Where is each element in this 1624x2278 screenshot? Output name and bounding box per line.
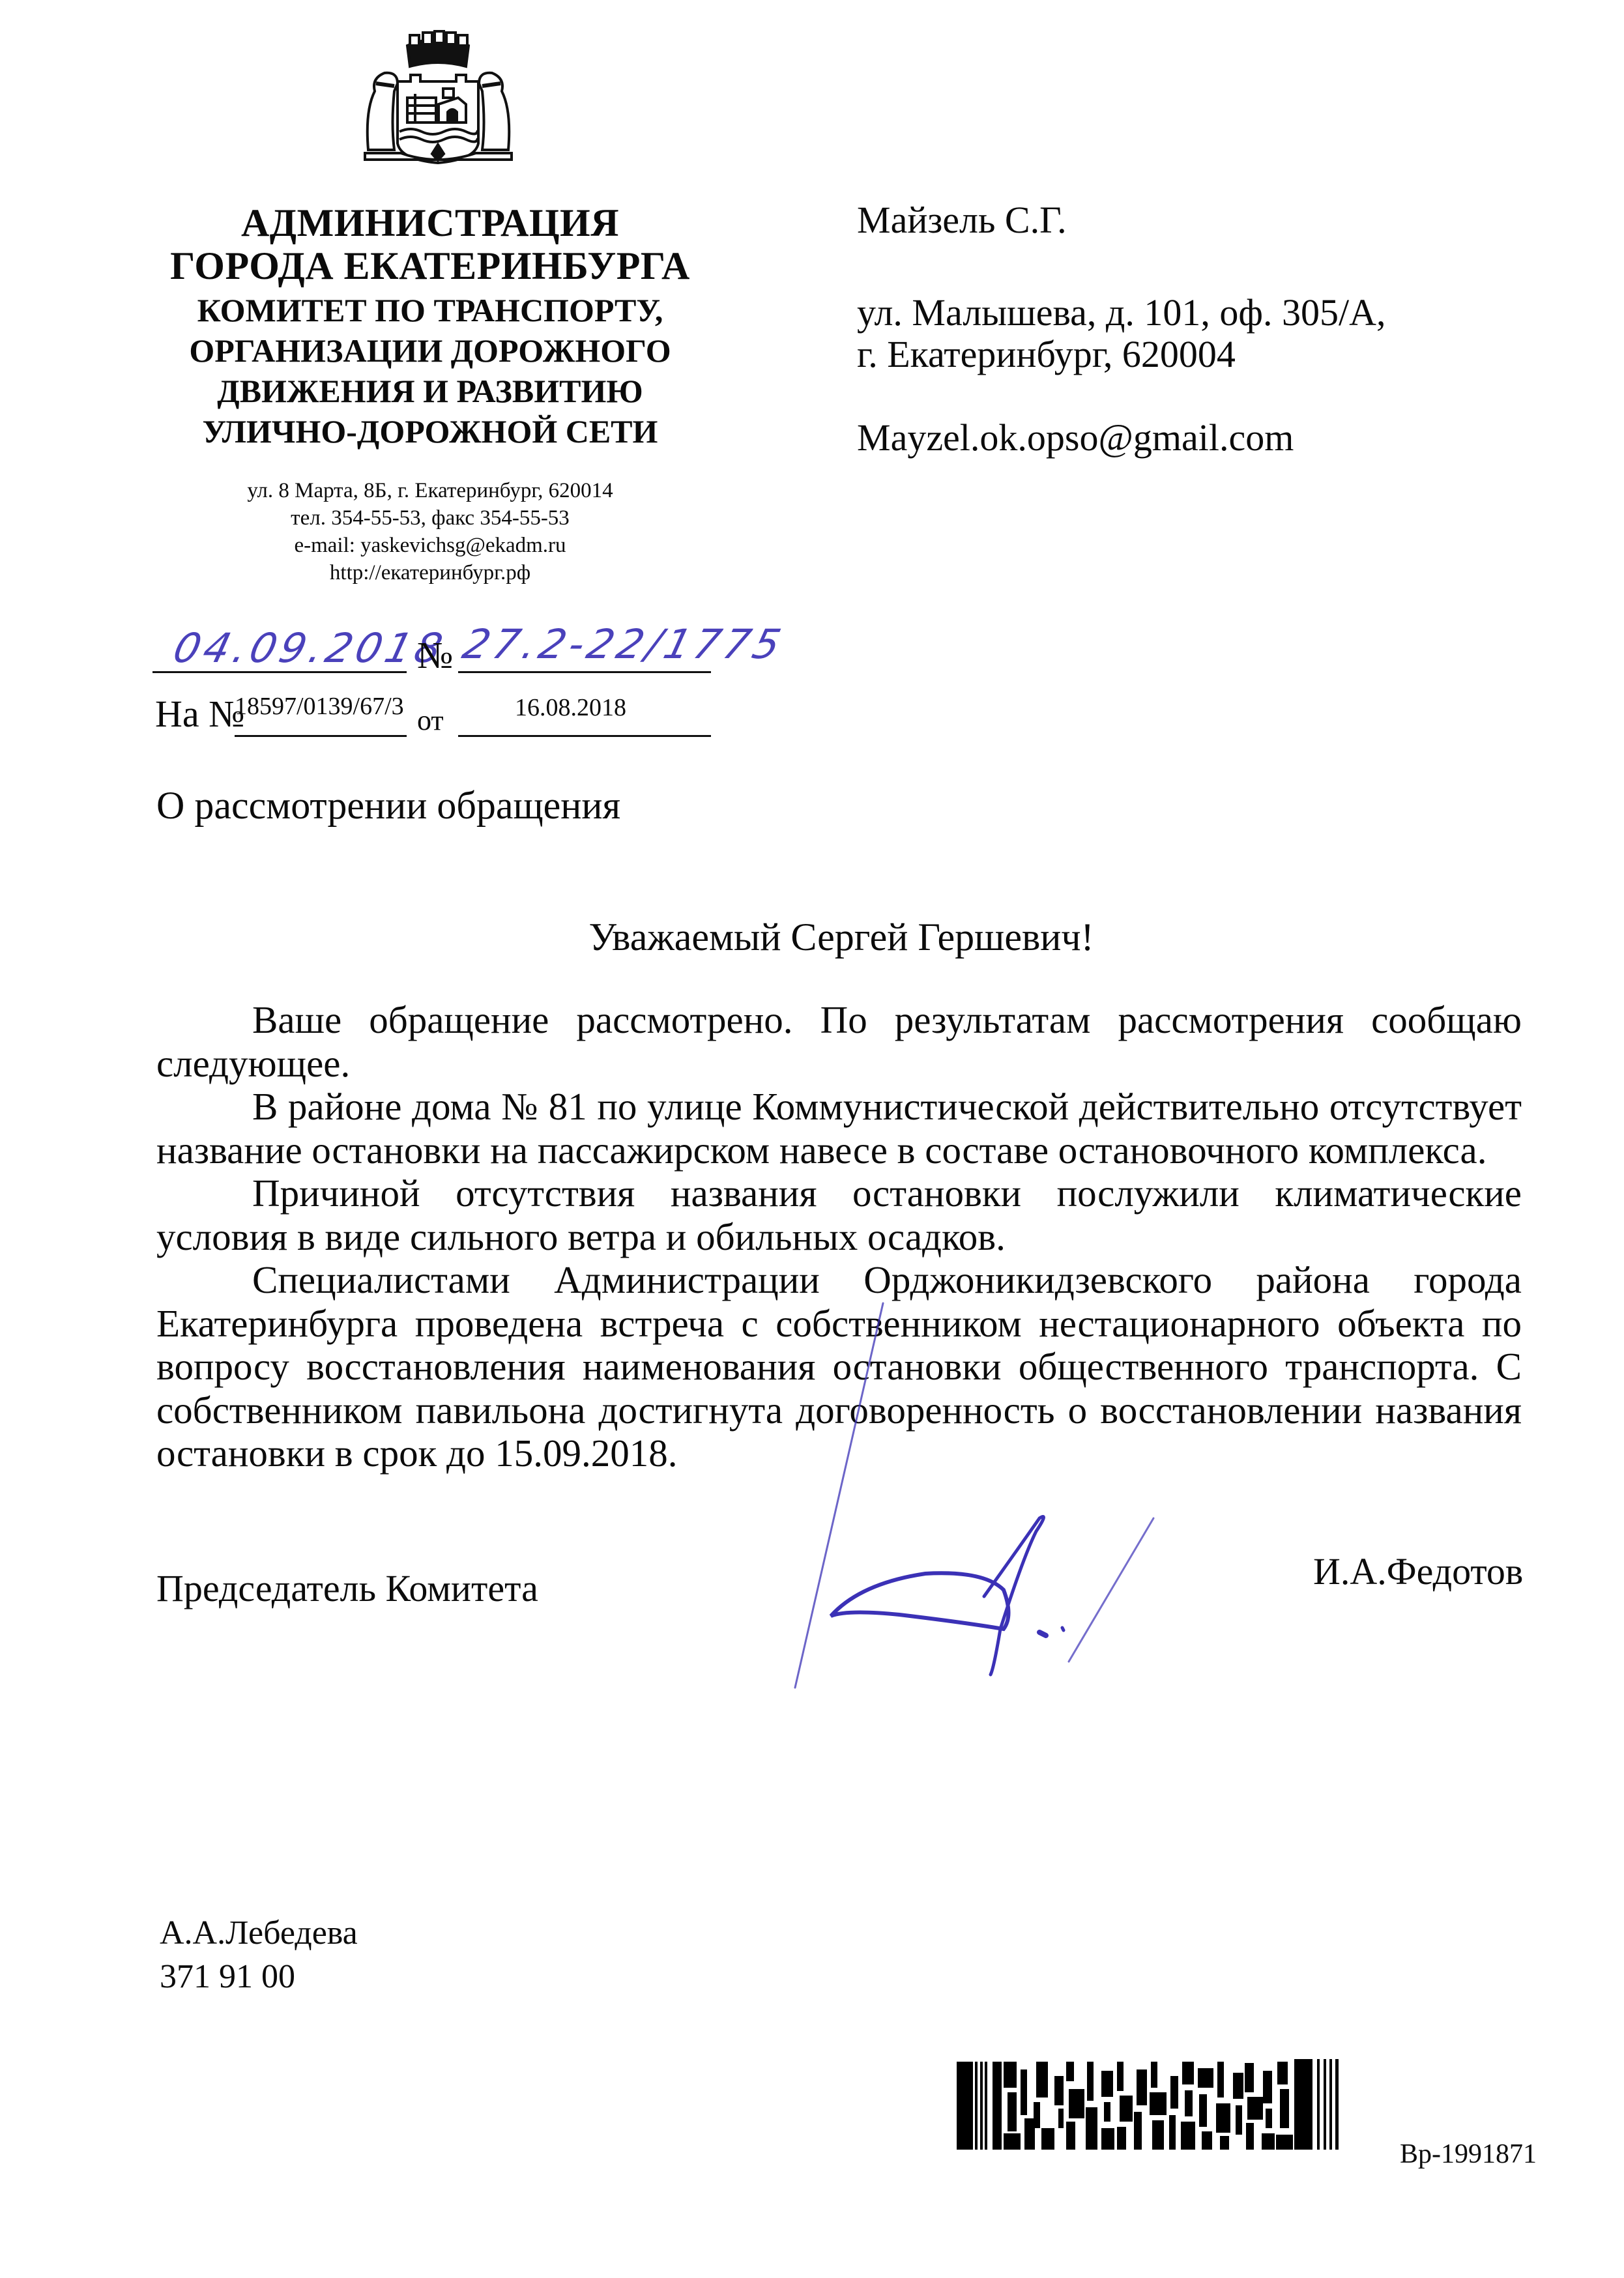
- handwritten-signature-icon: [769, 1277, 1173, 1694]
- org-address: ул. 8 Марта, 8Б, г. Екатеринбург, 620014: [117, 477, 743, 504]
- in-reply-date-underline: [458, 735, 711, 737]
- in-reply-number: 18597/0139/67/3: [235, 692, 404, 721]
- pdf417-barcode-icon: [957, 2056, 1393, 2177]
- org-website: http://екатеринбург.рф: [117, 559, 743, 586]
- outgoing-date-handwritten: 04.09.2018: [169, 624, 451, 672]
- letter-subject: О рассмотрении обращения: [156, 783, 620, 828]
- recipient-email: Mayzel.ok.opso@gmail.com: [857, 417, 1294, 459]
- paragraph-1: Ваше обращение рассмотрено. По результат…: [156, 998, 1522, 1085]
- org-email: e-mail: yaskevichsg@ekadm.ru: [117, 532, 743, 559]
- signer-name: И.А.Федотов: [1313, 1550, 1523, 1593]
- org-name-line1: АДМИНИСТРАЦИЯ: [117, 203, 743, 242]
- outgoing-number-handwritten: 27.2-22/1775: [458, 620, 789, 668]
- number-sign: №: [417, 633, 453, 677]
- org-name-line2: ГОРОДА ЕКАТЕРИНБУРГА: [117, 246, 743, 285]
- in-reply-number-underline: [235, 735, 407, 737]
- signer-position: Председатель Комитета: [156, 1566, 538, 1610]
- in-reply-date: 16.08.2018: [515, 693, 626, 722]
- committee-line3: ДВИЖЕНИЯ И РАЗВИТИЮ: [117, 371, 743, 411]
- org-phone-fax: тел. 354-55-53, факс 354-55-53: [117, 504, 743, 532]
- in-reply-label: На №: [155, 692, 244, 736]
- recipient-address-line1: ул. Малышева, д. 101, оф. 305/А,: [857, 292, 1386, 334]
- executor-name: А.А.Лебедева: [160, 1914, 358, 1952]
- from-label: от: [417, 704, 444, 737]
- committee-line4: УЛИЧНО-ДОРОЖНОЙ СЕТИ: [117, 411, 743, 452]
- outgoing-date-underline: [152, 671, 407, 673]
- executor-phone: 371 91 00: [160, 1957, 295, 1996]
- paragraph-3: Причиной отсутствия названия остановки п…: [156, 1172, 1522, 1258]
- recipient-address-line2: г. Екатеринбург, 620004: [857, 334, 1236, 375]
- document-code: Вр-1991871: [1400, 2139, 1537, 2170]
- coat-of-arms-icon: [362, 26, 515, 166]
- committee-line2: ОРГАНИЗАЦИИ ДОРОЖНОГО: [117, 330, 743, 371]
- recipient-name: Майзель С.Г.: [857, 199, 1067, 241]
- outgoing-number-underline: [458, 671, 711, 673]
- salutation: Уважаемый Сергей Гершевич!: [0, 915, 1624, 960]
- committee-line1: КОМИТЕТ ПО ТРАНСПОРТУ,: [117, 290, 743, 330]
- paragraph-2: В районе дома № 81 по улице Коммунистиче…: [156, 1085, 1522, 1172]
